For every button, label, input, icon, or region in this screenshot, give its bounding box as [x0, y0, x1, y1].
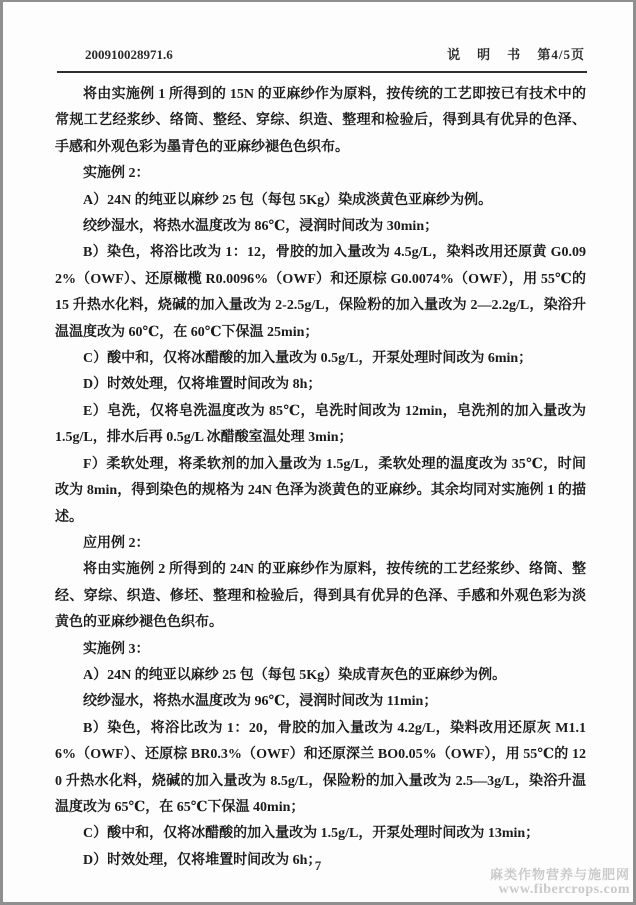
paragraph: 实施例 2： [55, 161, 586, 187]
paragraph: A）24N 的纯亚以麻纱 25 包（每包 5Kg）染成青灰色的亚麻纱为例。 [55, 663, 586, 689]
paragraph: 绞纱湿水，将热水温度改为 86℃，浸润时间改为 30min； [55, 214, 586, 240]
paragraph: 将由实施例 1 所得到的 15N 的亚麻纱作为原料，按传统的工艺即按已有技术中的… [55, 82, 586, 161]
scanned-page: 200910028971.6 说 明 书 第4/5页 将由实施例 1 所得到的 … [0, 0, 636, 905]
patent-number: 200910028971.6 [85, 47, 173, 63]
paragraph: B）染色，将浴比改为 1：12，骨胶的加入量改为 4.5g/L，染料改用还原黄 … [55, 240, 586, 346]
page-header: 200910028971.6 说 明 书 第4/5页 [3, 2, 633, 63]
watermark: 麻类作物营养与施肥网 www.fibercrops.com [490, 867, 630, 897]
watermark-site-url: www.fibercrops.com [490, 882, 630, 897]
paragraph: B）染色，将浴比改为 1：20，骨胶的加入量改为 4.2g/L，染料改用还原灰 … [55, 716, 586, 822]
paragraph: 应用例 2： [55, 531, 586, 557]
paragraph: 将由实施例 2 所得到的 24N 的亚麻纱作为原料，按传统的工艺经浆纱、络筒、整… [55, 557, 586, 636]
paragraph: 绞纱湿水，将热水温度改为 96℃，浸润时间改为 11min； [55, 689, 586, 715]
header-right: 说 明 书 第4/5页 [447, 44, 585, 63]
paragraph: F）柔软处理，将柔软剂的加入量改为 1.5g/L，柔软处理的温度改为 35℃，时… [55, 452, 586, 531]
paragraph: A）24N 的纯亚以麻纱 25 包（每包 5Kg）染成淡黄色亚麻纱为例。 [55, 188, 586, 214]
document-page: 200910028971.6 说 明 书 第4/5页 将由实施例 1 所得到的 … [3, 2, 633, 902]
document-title: 说 明 书 [447, 47, 522, 62]
watermark-site-name: 麻类作物营养与施肥网 [490, 867, 630, 882]
document-body: 将由实施例 1 所得到的 15N 的亚麻纱作为原料，按传统的工艺即按已有技术中的… [3, 73, 633, 874]
paragraph: D）时效处理，仅将堆置时间改为 8h； [55, 372, 586, 398]
paragraph: C）酸中和，仅将冰醋酸的加入量改为 0.5g/L，开泵处理时间改为 6min； [55, 346, 586, 372]
paragraph: E）皂洗，仅将皂洗温度改为 85℃，皂洗时间改为 12min，皂洗剂的加入量改为… [55, 399, 586, 452]
page-indicator: 第4/5页 [537, 47, 585, 62]
paragraph: C）酸中和，仅将冰醋酸的加入量改为 1.5g/L，开泵处理时间改为 13min； [55, 821, 586, 847]
paragraph: 实施例 3： [55, 637, 586, 663]
